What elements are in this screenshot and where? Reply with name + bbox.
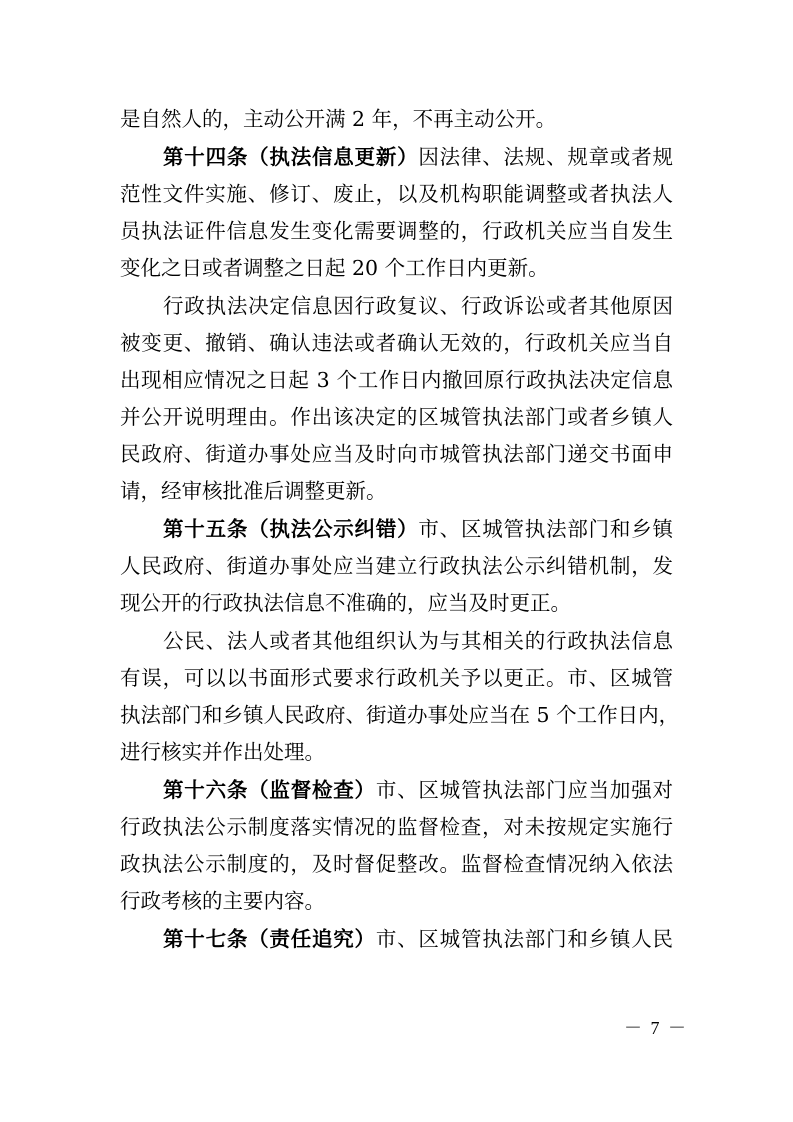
article-title: 第十四条（执法信息更新） bbox=[163, 145, 418, 169]
text-line: 并公开说明理由。作出该决定的区城管执法部门或者乡镇人 bbox=[120, 399, 673, 435]
text-line: 是自然人的，主动公开满 2 年，不再主动公开。 bbox=[120, 101, 673, 137]
article-17-heading-line: 第十七条（责任追究）市、区城管执法部门和乡镇人民 bbox=[163, 921, 673, 957]
text-line: 变化之日或者调整之日起 20 个工作日内更新。 bbox=[120, 250, 673, 286]
article-16-heading-line: 第十六条（监督检查）市、区城管执法部门应当加强对 bbox=[163, 772, 673, 808]
text-line: 被变更、撤销、确认违法或者确认无效的，行政机关应当自 bbox=[120, 325, 673, 361]
article-title: 第十七条（责任追究） bbox=[163, 927, 376, 951]
article-15-heading-line: 第十五条（执法公示纠错）市、区城管执法部门和乡镇 bbox=[163, 511, 673, 547]
article-title: 第十五条（执法公示纠错） bbox=[163, 517, 418, 541]
text-line: 进行核实并作出处理。 bbox=[120, 734, 673, 770]
text-line: 公民、法人或者其他组织认为与其相关的行政执法信息 bbox=[163, 623, 673, 659]
text-line: 人民政府、街道办事处应当建立行政执法公示纠错机制，发 bbox=[120, 548, 673, 584]
text-line: 员执法证件信息发生变化需要调整的，行政机关应当自发生 bbox=[120, 213, 673, 249]
text-line: 有误，可以以书面形式要求行政机关予以更正。市、区城管 bbox=[120, 660, 673, 696]
text-line: 民政府、街道办事处应当及时向市城管执法部门递交书面申 bbox=[120, 436, 673, 472]
text-line: 现公开的行政执法信息不准确的，应当及时更正。 bbox=[120, 585, 673, 621]
text-line: 请，经审核批准后调整更新。 bbox=[120, 473, 673, 509]
text-line: 执法部门和乡镇人民政府、街道办事处应当在 5 个工作日内， bbox=[120, 697, 673, 733]
article-title: 第十六条（监督检查） bbox=[163, 778, 376, 802]
text-line: 出现相应情况之日起 3 个工作日内撤回原行政执法决定信息 bbox=[120, 362, 673, 398]
article-14-heading-line: 第十四条（执法信息更新）因法律、法规、规章或者规 bbox=[163, 139, 673, 175]
text-line: 行政执法公示制度落实情况的监督检查，对未按规定实施行 bbox=[120, 809, 673, 845]
text-line: 政执法公示制度的，及时督促整改。监督检查情况纳入依法 bbox=[120, 846, 673, 882]
document-page: 是自然人的，主动公开满 2 年，不再主动公开。 第十四条（执法信息更新）因法律、… bbox=[0, 0, 793, 1122]
page-number: － 7 － bbox=[624, 1016, 688, 1040]
text-line: 行政考核的主要内容。 bbox=[120, 883, 673, 919]
text-line: 行政执法决定信息因行政复议、行政诉讼或者其他原因 bbox=[163, 288, 673, 324]
text-line: 范性文件实施、修订、废止，以及机构职能调整或者执法人 bbox=[120, 176, 673, 212]
